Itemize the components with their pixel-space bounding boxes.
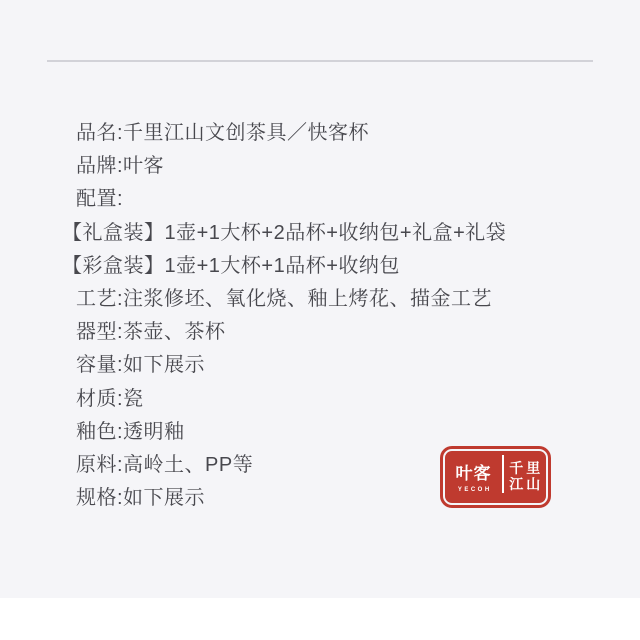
spec-line: 【礼盒装】1壶+1大杯+2品杯+收纳包+礼盒+礼袋 bbox=[62, 217, 596, 250]
spec-line: 品牌:叶客 bbox=[76, 150, 596, 183]
brand-seal-logo: 叶客 YECOH 千 里 江 山 bbox=[440, 446, 551, 508]
spec-line: 材质:瓷 bbox=[76, 383, 596, 416]
spec-line: 器型:茶壶、茶杯 bbox=[76, 316, 596, 349]
brand-mark: 叶客 YECOH bbox=[445, 451, 502, 503]
seal-char-1: 千 bbox=[509, 462, 523, 477]
top-divider-line bbox=[47, 60, 593, 62]
seal-char-2: 里 bbox=[526, 462, 540, 477]
seal-title: 千 里 江 山 bbox=[504, 451, 547, 503]
spec-line: 【彩盒装】1壶+1大杯+1品杯+收纳包 bbox=[62, 250, 596, 283]
brand-name-en: YECOH bbox=[455, 487, 491, 493]
seal-char-4: 山 bbox=[526, 478, 540, 493]
spec-line: 配置: bbox=[76, 183, 596, 216]
spec-line: 容量:如下展示 bbox=[76, 349, 596, 382]
brand-name-cn: 叶客 bbox=[456, 464, 492, 484]
seal-char-3: 江 bbox=[509, 478, 523, 493]
spec-line: 釉色:透明釉 bbox=[76, 416, 596, 449]
product-spec-page: 品名:千里江山文创茶具／快客杯品牌:叶客配置:【礼盒装】1壶+1大杯+2品杯+收… bbox=[0, 0, 640, 640]
bottom-white-strip bbox=[0, 598, 640, 640]
spec-line: 品名:千里江山文创茶具／快客杯 bbox=[76, 117, 596, 150]
brand-seal-inner: 叶客 YECOH 千 里 江 山 bbox=[445, 451, 546, 503]
spec-line: 工艺:注浆修坯、氧化烧、釉上烤花、描金工艺 bbox=[76, 283, 596, 316]
